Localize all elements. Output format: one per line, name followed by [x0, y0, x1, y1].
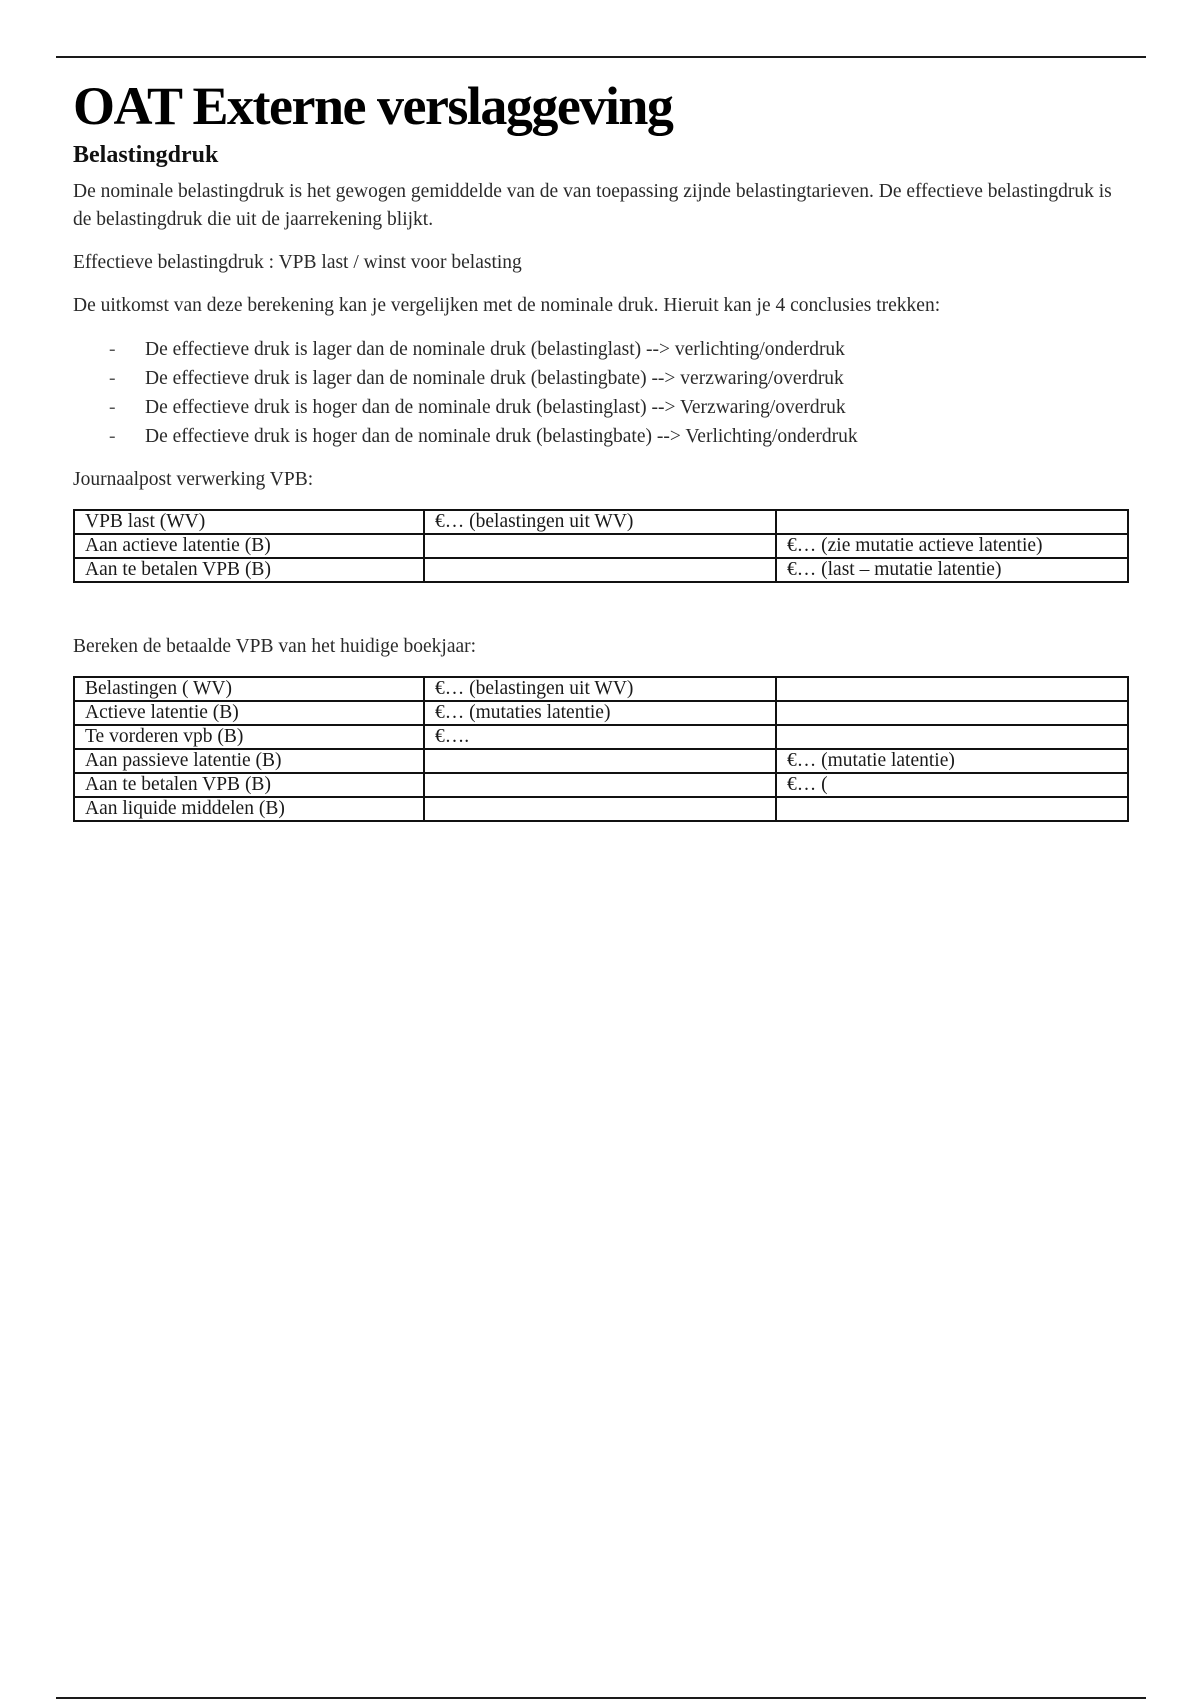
table-cell: Aan liquide middelen (B) [74, 797, 424, 821]
conclusion-text: De effectieve druk is hoger dan de nomin… [145, 426, 858, 447]
table-row: Aan actieve latentie (B) €… (zie mutatie… [74, 534, 1128, 558]
table-cell: Aan actieve latentie (B) [74, 534, 424, 558]
table-cell [424, 749, 776, 773]
table-row: Aan te betalen VPB (B) €… ( [74, 773, 1128, 797]
table-cell: €… (mutatie latentie) [776, 749, 1128, 773]
table-cell: €… (zie mutatie actieve latentie) [776, 534, 1128, 558]
table-cell: Belastingen ( WV) [74, 677, 424, 701]
document-title: OAT Externe verslaggeving [73, 72, 1128, 140]
journal-label: Journaalpost verwerking VPB: [73, 466, 1128, 494]
table-cell [424, 534, 776, 558]
bullet-dash: - [109, 364, 116, 393]
table-cell [424, 773, 776, 797]
table-cell [424, 558, 776, 582]
conclusions-intro: De uitkomst van deze berekening kan je v… [73, 292, 1128, 320]
table-cell [424, 797, 776, 821]
table-cell [776, 510, 1128, 534]
formula-paragraph: Effectieve belastingdruk : VPB last / wi… [73, 249, 1128, 277]
table-row: Te vorderen vpb (B) €…. [74, 725, 1128, 749]
list-item: -De effectieve druk is hoger dan de nomi… [73, 422, 1128, 451]
conclusion-text: De effectieve druk is hoger dan de nomin… [145, 397, 846, 418]
table-cell [776, 797, 1128, 821]
table-cell: €… ( [776, 773, 1128, 797]
table-cell: €… (last – mutatie latentie) [776, 558, 1128, 582]
header-rule [56, 56, 1146, 58]
table-row: Aan passieve latentie (B) €… (mutatie la… [74, 749, 1128, 773]
bullet-dash: - [109, 393, 116, 422]
table-cell: Aan te betalen VPB (B) [74, 558, 424, 582]
list-item: -De effectieve druk is hoger dan de nomi… [73, 393, 1128, 422]
conclusion-text: De effectieve druk is lager dan de nomin… [145, 368, 844, 389]
bullet-dash: - [109, 335, 116, 364]
calc-table: Belastingen ( WV) €… (belastingen uit WV… [73, 676, 1129, 822]
table-cell: €… (mutaties latentie) [424, 701, 776, 725]
table-cell: Aan te betalen VPB (B) [74, 773, 424, 797]
table-cell: €… (belastingen uit WV) [424, 677, 776, 701]
table-row: Belastingen ( WV) €… (belastingen uit WV… [74, 677, 1128, 701]
conclusions-list: -De effectieve druk is lager dan de nomi… [73, 335, 1128, 451]
conclusion-text: De effectieve druk is lager dan de nomin… [145, 339, 845, 360]
journal-table: VPB last (WV) €… (belastingen uit WV) Aa… [73, 509, 1129, 583]
intro-paragraph: De nominale belastingdruk is het gewogen… [73, 178, 1128, 234]
table-cell: Actieve latentie (B) [74, 701, 424, 725]
table-cell [776, 701, 1128, 725]
table-cell: €… (belastingen uit WV) [424, 510, 776, 534]
table-cell [776, 725, 1128, 749]
table-cell: Aan passieve latentie (B) [74, 749, 424, 773]
table-row: Aan liquide middelen (B) [74, 797, 1128, 821]
list-item: -De effectieve druk is lager dan de nomi… [73, 335, 1128, 364]
calc-label: Bereken de betaalde VPB van het huidige … [73, 633, 1128, 661]
table-row: VPB last (WV) €… (belastingen uit WV) [74, 510, 1128, 534]
section-title: Belastingdruk [73, 140, 1128, 170]
table-row: Actieve latentie (B) €… (mutaties latent… [74, 701, 1128, 725]
footer-rule [56, 1697, 1146, 1699]
document-body: OAT Externe verslaggeving Belastingdruk … [73, 72, 1128, 872]
table-cell: VPB last (WV) [74, 510, 424, 534]
list-item: -De effectieve druk is lager dan de nomi… [73, 364, 1128, 393]
table-row: Aan te betalen VPB (B) €… (last – mutati… [74, 558, 1128, 582]
bullet-dash: - [109, 422, 116, 451]
table-cell [776, 677, 1128, 701]
table-cell: €…. [424, 725, 776, 749]
table-cell: Te vorderen vpb (B) [74, 725, 424, 749]
